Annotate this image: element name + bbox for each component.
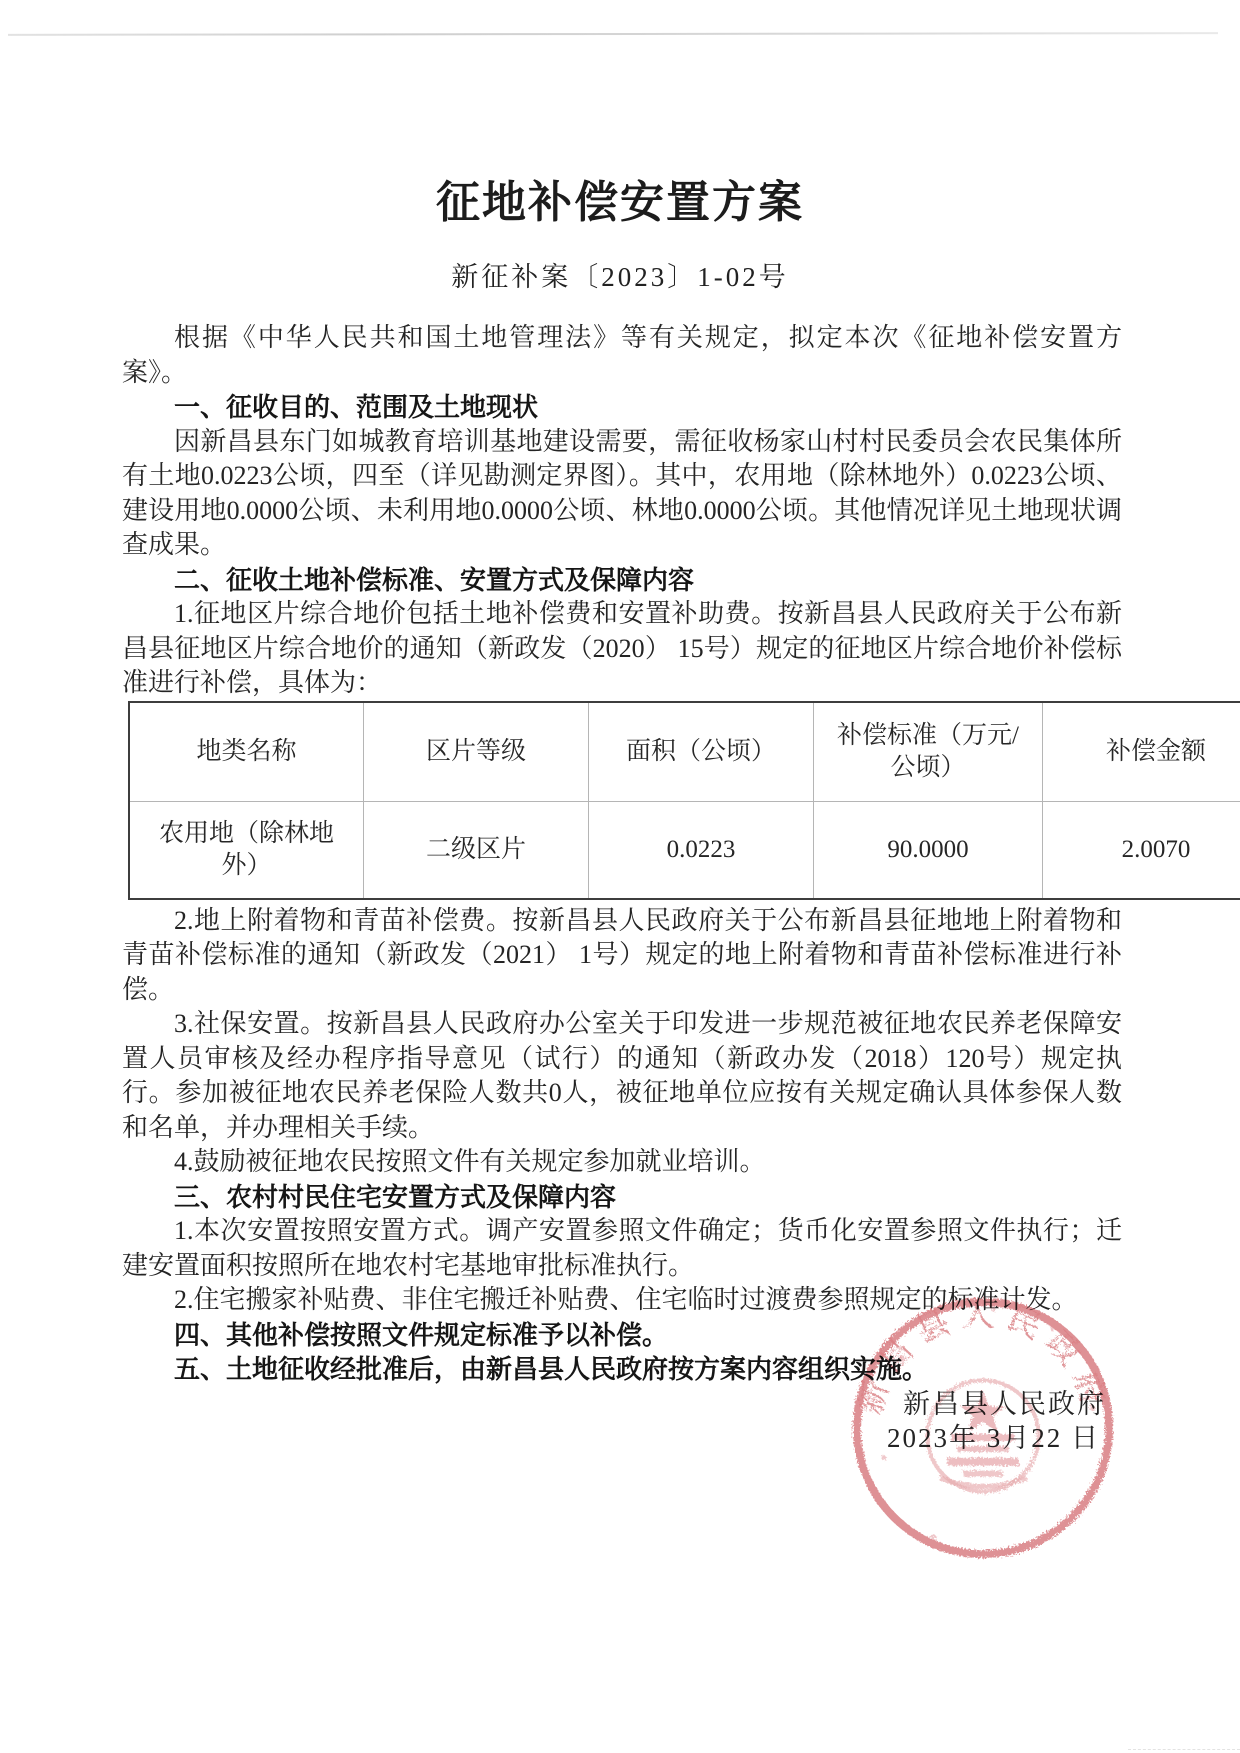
cell-zone-grade: 二级区片 [364, 802, 589, 899]
heading-section-5: 五、土地征收经批准后，由新昌县人民政府按方案内容组织实施。 [122, 1352, 1122, 1387]
document-body: 根据《中华人民共和国土地管理法》等有关规定，拟定本次《征地补偿安置方案》。 一、… [122, 321, 1122, 1456]
col-header-std: 补偿标准（万元/公顷） [814, 702, 1043, 802]
paragraph-intro: 根据《中华人民共和国土地管理法》等有关规定，拟定本次《征地补偿安置方案》。 [122, 321, 1122, 390]
signature-org: 新昌县人民政府 [122, 1387, 1122, 1422]
paragraph-land-price: 1.征地区片综合地价包括土地补偿费和安置补助费。按新昌县人民政府关于公布新昌县征… [122, 597, 1122, 701]
document-number: 新征补案〔2023〕1-02号 [0, 258, 1240, 296]
paragraph-purpose: 因新昌县东门如城教育培训基地建设需要，需征收杨家山村村民委员会农民集体所有土地0… [122, 425, 1122, 563]
col-header-amount: 补偿金额 [1043, 702, 1240, 802]
scan-artifact-top-line [8, 32, 1218, 36]
signature-date: 2023年 3月22 日 [122, 1421, 1122, 1456]
table-row: 农用地（除林地外） 二级区片 0.0223 90.0000 2.0070 [129, 802, 1240, 899]
scan-artifact-bottom-dots [1128, 1749, 1240, 1751]
cell-land-type: 农用地（除林地外） [129, 802, 364, 899]
paragraph-attachments: 2.地上附着物和青苗补偿费。按新昌县人民政府关于公布新昌县征地地上附着物和青苗补… [122, 904, 1122, 1008]
heading-section-3: 三、农村村民住宅安置方式及保障内容 [122, 1180, 1122, 1215]
cell-area: 0.0223 [589, 802, 814, 899]
cell-amount: 2.0070 [1043, 802, 1240, 899]
paragraph-social-security: 3.社保安置。按新昌县人民政府办公室关于印发进一步规范被征地农民养老保障安置人员… [122, 1007, 1122, 1145]
cell-std: 90.0000 [814, 802, 1043, 899]
heading-section-2: 二、征收土地补偿标准、安置方式及保障内容 [122, 563, 1122, 598]
col-header-zone-grade: 区片等级 [364, 702, 589, 802]
paragraph-housing-2: 2.住宅搬家补贴费、非住宅搬迁补贴费、住宅临时过渡费参照规定的标准计发。 [122, 1283, 1122, 1318]
col-header-area: 面积（公顷） [589, 702, 814, 802]
document-title: 征地补偿安置方案 [0, 176, 1240, 230]
heading-section-4: 四、其他补偿按照文件规定标准予以补偿。 [122, 1318, 1122, 1353]
paragraph-housing-1: 1.本次安置按照安置方式。调产安置参照文件确定；货币化安置参照文件执行；迁建安置… [122, 1214, 1122, 1283]
compensation-table: 地类名称 区片等级 面积（公顷） 补偿标准（万元/公顷） 补偿金额 农用地（除林… [128, 701, 1240, 900]
table-header-row: 地类名称 区片等级 面积（公顷） 补偿标准（万元/公顷） 补偿金额 [129, 702, 1240, 802]
heading-section-1: 一、征收目的、范围及土地现状 [122, 390, 1122, 425]
col-header-land-type: 地类名称 [129, 702, 364, 802]
paragraph-training: 4.鼓励被征地农民按照文件有关规定参加就业培训。 [122, 1145, 1122, 1180]
document-page: 征地补偿安置方案 新征补案〔2023〕1-02号 根据《中华人民共和国土地管理法… [0, 0, 1240, 1753]
